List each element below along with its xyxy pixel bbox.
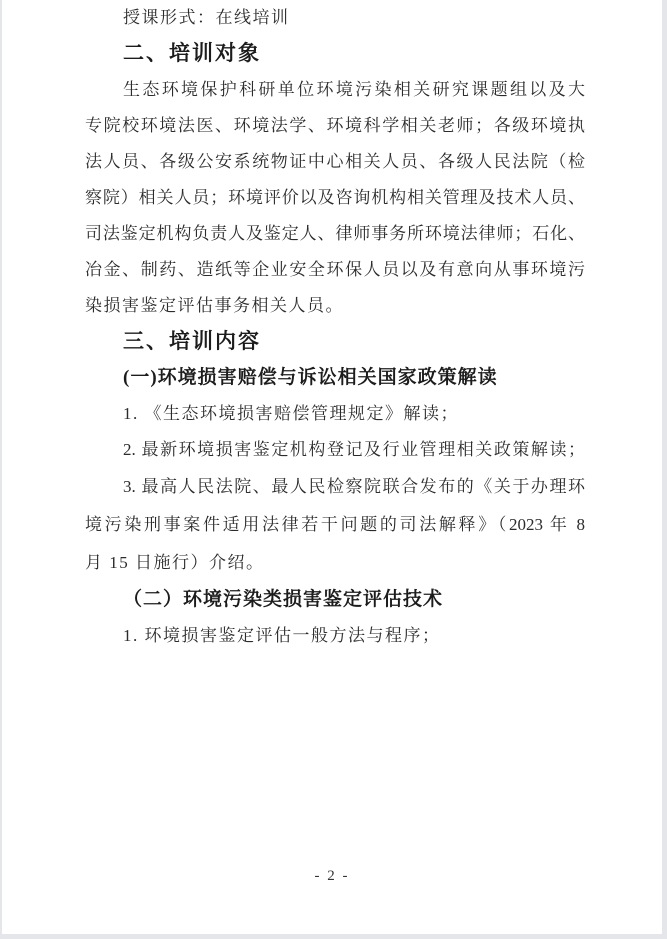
- paragraph-line: 冶金、制药、造纸等企业安全环保人员以及有意向从事环境污: [85, 252, 585, 288]
- paragraph-line: 境污染刑事案件适用法律若干问题的司法解释》（2023 年 8: [85, 506, 585, 544]
- document-viewport: 授课形式：在线培训 二、培训对象 生态环境保护科研单位环境污染相关研究课题组以及…: [0, 0, 667, 939]
- audience-paragraph: 生态环境保护科研单位环境污染相关研究课题组以及大 专院校环境法医、环境法学、环境…: [85, 72, 585, 324]
- paragraph-line: 生态环境保护科研单位环境污染相关研究课题组以及大: [85, 72, 585, 108]
- section-3-heading: 三、培训内容: [85, 324, 585, 360]
- page-number: - 2 -: [2, 868, 662, 885]
- part-2-heading: （二）环境污染类损害鉴定评估技术: [85, 582, 585, 618]
- teaching-format-line: 授课形式：在线培训: [85, 0, 585, 36]
- list-item-2: 2. 最新环境损害鉴定机构登记及行业管理相关政策解读；: [85, 432, 585, 468]
- paragraph-line: 司法鉴定机构负责人及鉴定人、律师事务所环境法律师；石化、: [85, 216, 585, 252]
- paragraph-line: 3. 最高人民法院、最人民检察院联合发布的《关于办理环: [85, 468, 585, 506]
- paragraph-line: 染损害鉴定评估事务相关人员。: [85, 288, 585, 324]
- page-content: 授课形式：在线培训 二、培训对象 生态环境保护科研单位环境污染相关研究课题组以及…: [85, 0, 585, 654]
- part-1-heading: (一)环境损害赔偿与诉讼相关国家政策解读: [85, 360, 585, 396]
- list-item-4: 1. 环境损害鉴定评估一般方法与程序；: [85, 618, 585, 654]
- document-page: 授课形式：在线培训 二、培训对象 生态环境保护科研单位环境污染相关研究课题组以及…: [2, 0, 662, 934]
- section-2-heading: 二、培训对象: [85, 36, 585, 72]
- paragraph-line: 专院校环境法医、环境法学、环境科学相关老师；各级环境执: [85, 108, 585, 144]
- paragraph-line: 察院）相关人员；环境评价以及咨询机构相关管理及技术人员、: [85, 180, 585, 216]
- paragraph-line: 月 15 日施行）介绍。: [85, 544, 585, 582]
- list-item-3: 3. 最高人民法院、最人民检察院联合发布的《关于办理环 境污染刑事案件适用法律若…: [85, 468, 585, 582]
- list-item-1: 1. 《生态环境损害赔偿管理规定》解读；: [85, 396, 585, 432]
- paragraph-line: 法人员、各级公安系统物证中心相关人员、各级人民法院（检: [85, 144, 585, 180]
